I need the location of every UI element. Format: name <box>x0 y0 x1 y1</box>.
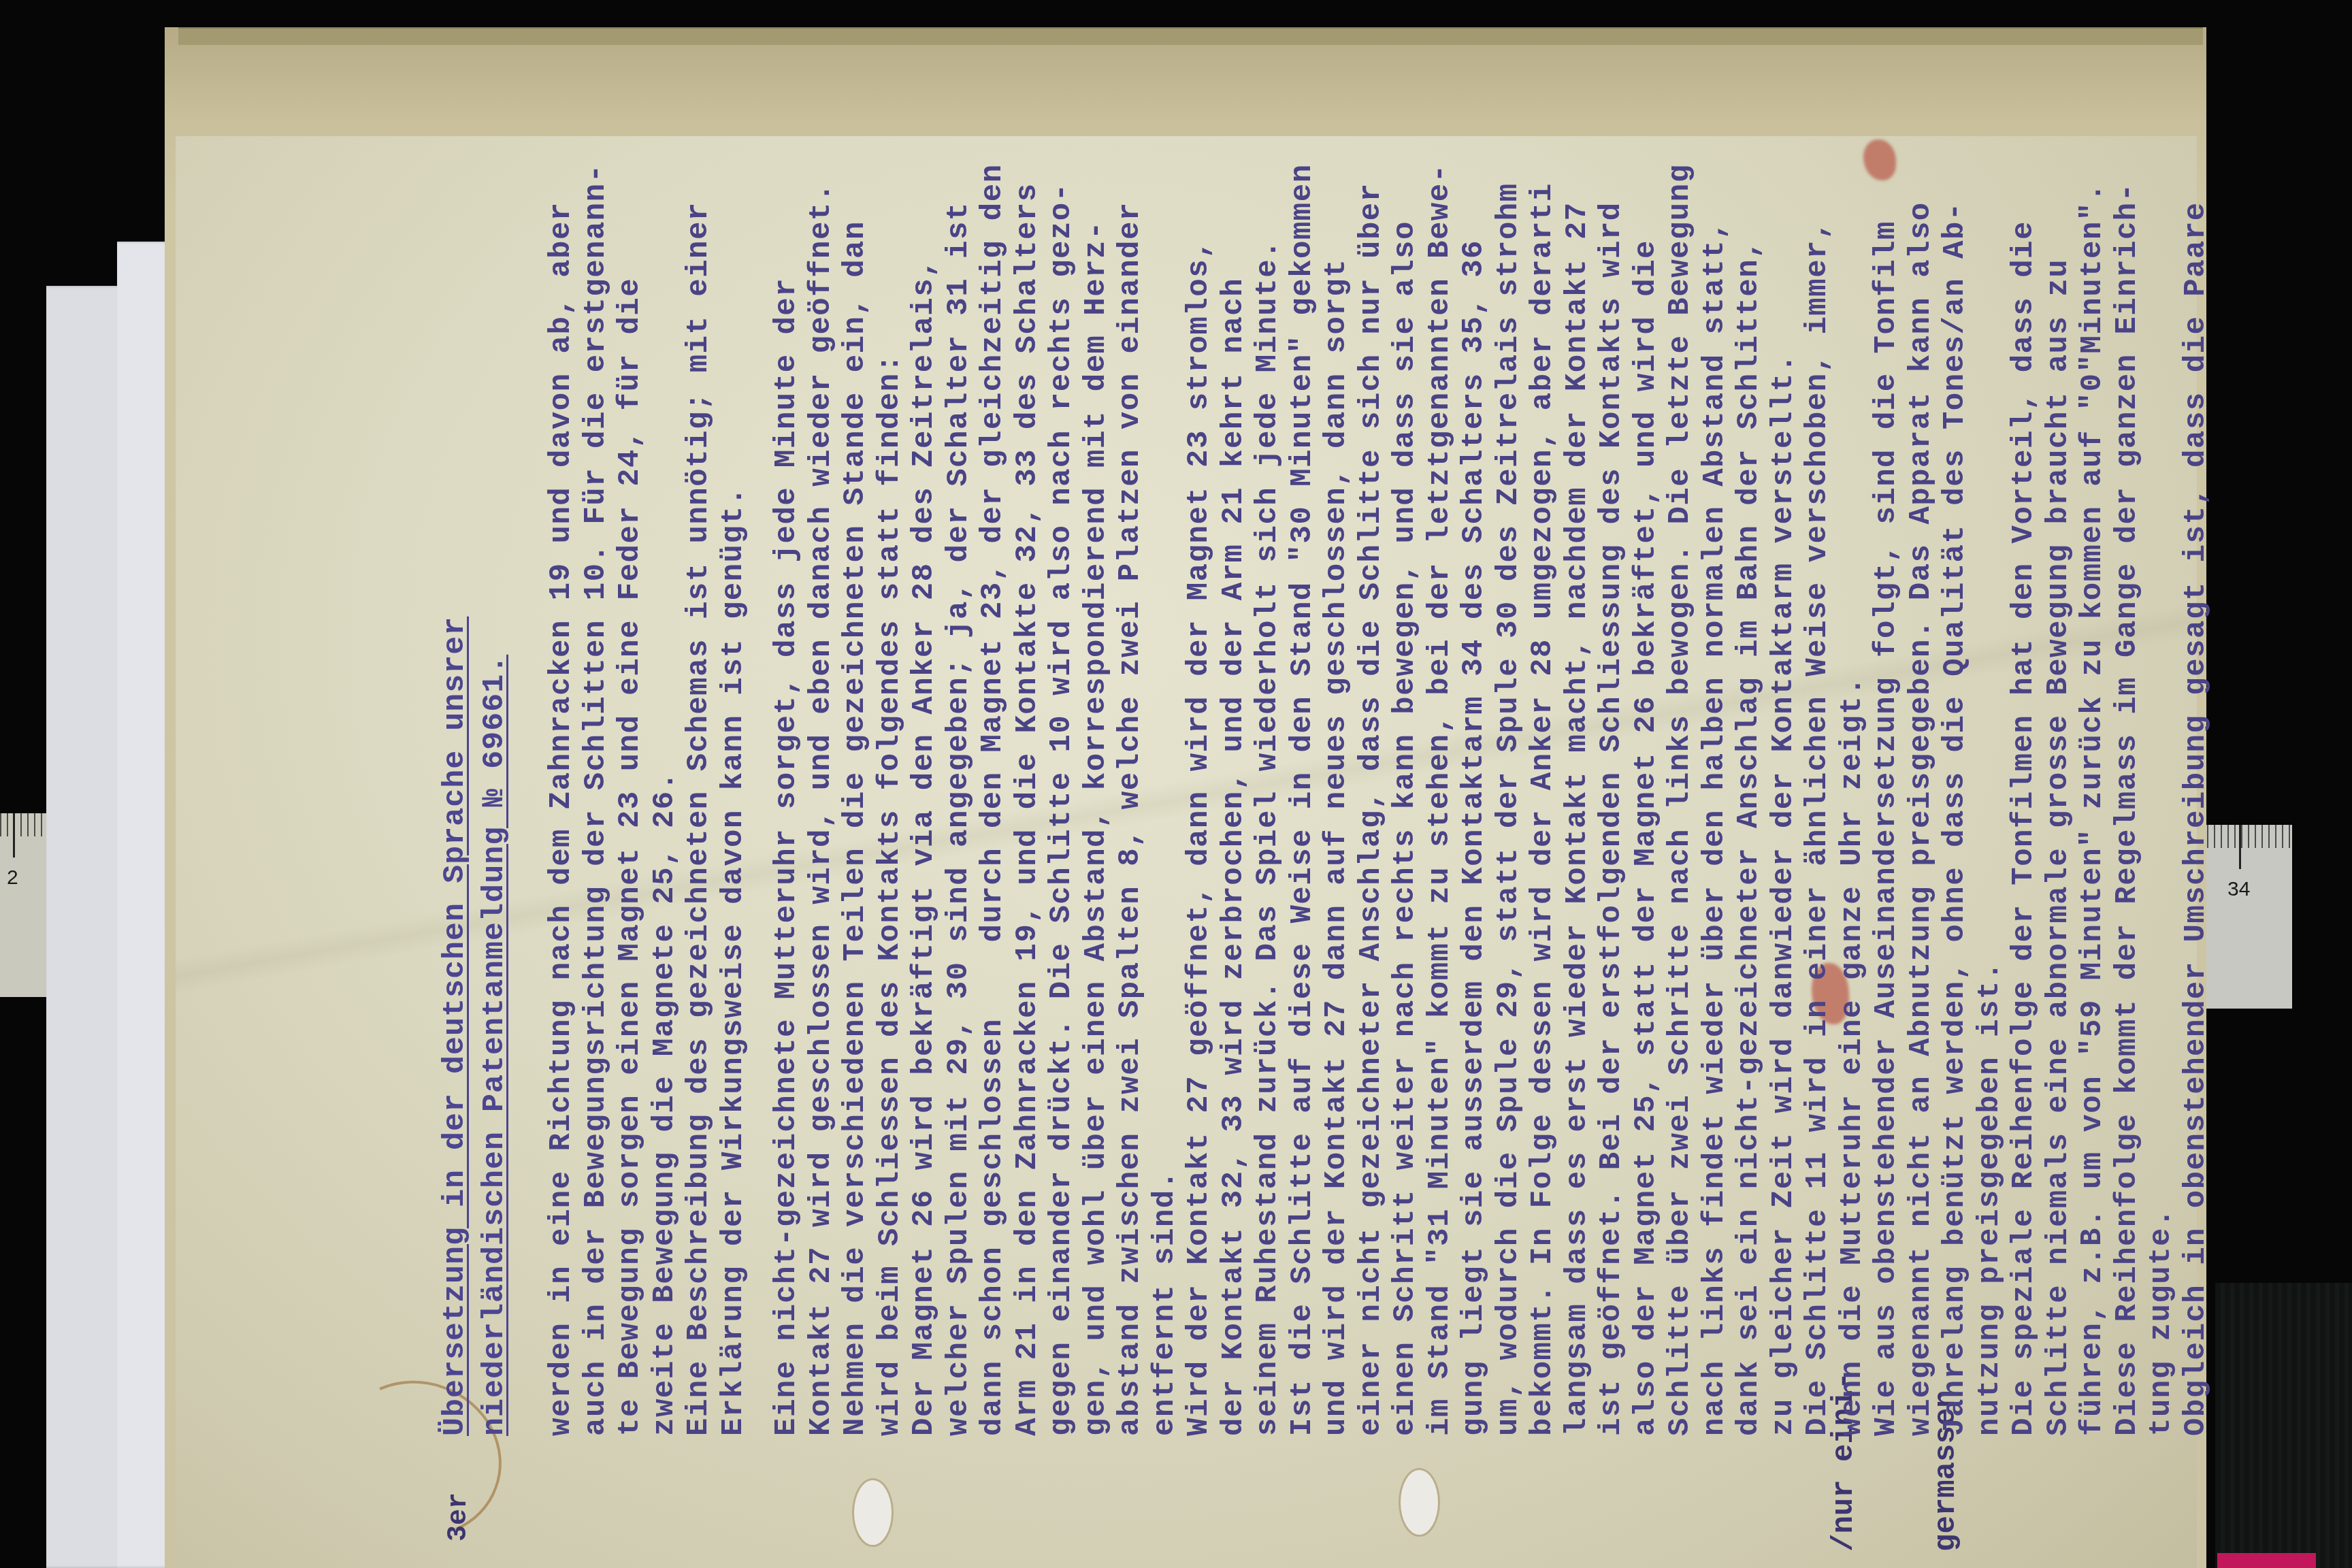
body-line: nutzung preisgegeben ist. <box>1973 163 2008 1436</box>
body-line: Erklärung der Wirkungsweise davon kann i… <box>717 163 751 1436</box>
body-line: Der Magnet 26 wird bekräftigt via den An… <box>907 163 942 1436</box>
body-line: Obgleich in obenstehender Umschreibung g… <box>2179 163 2214 1436</box>
body-line: im Stand "31 Minuten" kommt zu stehen, b… <box>1423 163 1458 1436</box>
body-line: te Bewegung sorgen einen Magnet 23 und e… <box>613 163 648 1436</box>
body-line: ist geöffnet. Bei der erstfolgenden Schl… <box>1595 163 1629 1436</box>
body-line: Nehmen die verschiedenen Teilen die geze… <box>838 163 873 1436</box>
scale-ruler-right: 34 <box>2200 825 2292 1009</box>
body-line: abstand zwischen zwei Spalten 8, welche … <box>1113 163 1148 1436</box>
page-marker: 3er <box>444 1492 474 1541</box>
body-line: gen, und wohl über einen Abstand, korres… <box>1079 163 1114 1436</box>
body-line: nach links findet wieder über den halben… <box>1698 163 1733 1436</box>
body-line: gegen einander drückt. Die Schlitte 10 w… <box>1045 163 1079 1436</box>
body-line: der Kontakt 32, 33 wird zerbrochen, und … <box>1217 163 1252 1436</box>
body-line: Wie aus obenstehender Auseinandersetzung… <box>1869 163 1904 1436</box>
torn-top-edge <box>178 27 2203 45</box>
ruler-label: 34 <box>2227 878 2250 901</box>
document-title: Übersetzung in der deutschen Sprache uns… <box>436 617 514 1436</box>
body-line: wenn die Mutteruhr eine ganze Uhr zeigt. <box>1835 163 1870 1436</box>
pink-tab <box>2217 1553 2316 1568</box>
body-line: Schlitte niemals eine abnormale grosse B… <box>2042 163 2076 1436</box>
ruler-label: 2 <box>7 866 18 889</box>
body-line: Eine nicht-gezeichnete Mutteruhr sorget,… <box>770 163 804 1436</box>
body-line: dank sei ein nicht-gezeichneter Anschlag… <box>1732 163 1767 1436</box>
body-line: werden in eine Richtung nach dem Zahnrac… <box>544 163 579 1436</box>
ruler-major-tick <box>2239 825 2241 869</box>
body-line: wird beim Schliessen des Kontakts folgen… <box>873 163 908 1436</box>
body-line: Schlitte über zwei Schritte nach links b… <box>1663 163 1698 1436</box>
body-line: langsam dass es erst wieder Kontakt mach… <box>1561 163 1595 1436</box>
body-line: Wird der Kontakt 27 geöffnet, dann wird … <box>1182 163 1217 1436</box>
body-line: seinem Ruhestand zurück. Das Spiel wiede… <box>1251 163 1286 1436</box>
body-line <box>751 163 770 1436</box>
body-line: Die Schlitte 11 wird in einer ähnlichen … <box>1801 163 1835 1436</box>
body-line: Ist die Schlitte auf diese Weise in den … <box>1286 163 1320 1436</box>
body-line: und wird der Kontakt 27 dann auf neues g… <box>1320 163 1354 1436</box>
ruler-ticks <box>0 813 46 836</box>
backing-sheet-outer <box>46 286 128 1568</box>
body-line: Die speziale Reihenfolge der Tonfilmen h… <box>2007 163 2042 1436</box>
body-line: gung liegt sie ausserdem den Kontaktarm … <box>1457 163 1492 1436</box>
body-line: dann schon geschlossen durch den Magnet … <box>976 163 1011 1436</box>
body-line: Kontakt 27 wird geschlossen wird, und eb… <box>804 163 839 1436</box>
body-line: führen, z.B. um von "59 Minuten" zurück … <box>2076 163 2110 1436</box>
body-line: Arm 21 in den Zahnracken 19, und die Kon… <box>1011 163 1045 1436</box>
body-line: zweite Bewegung die Magnete 25, 26. <box>648 163 683 1436</box>
body-line: tung zugute. <box>2144 163 2179 1436</box>
body-line: einen Schritt weiter nach rechts kann be… <box>1388 163 1423 1436</box>
ruler-major-tick <box>13 813 15 857</box>
body-line: bekommt. In Folge dessen wird der Anker … <box>1526 163 1561 1436</box>
body-line: auch in der Bewegungsrichtung der Schlit… <box>579 163 614 1436</box>
body-line: also der Magnet 25, statt der Magnet 26 … <box>1629 163 1664 1436</box>
typewritten-content: Übersetzung in der deutschen Sprache uns… <box>436 143 2035 1436</box>
body-line: zu gleicher Zeit wird danwieder der Kont… <box>1767 163 1801 1436</box>
body-line: entfernt sind. <box>1148 163 1183 1436</box>
title-line-1: Übersetzung in der deutschen Sprache uns… <box>436 617 475 1436</box>
document-body: werden in eine Richtung nach dem Zahnrac… <box>544 163 2213 1436</box>
ruler-ticks <box>2200 825 2292 848</box>
body-line: wiegenannt nicht an Abnutzung preisgegeb… <box>1904 163 1939 1436</box>
body-line: Diese Reihenfolge kommt der Regelmass im… <box>2110 163 2145 1436</box>
body-line: einer nicht gezeichneter Anschlag, dass … <box>1354 163 1389 1436</box>
black-binder-stack <box>2215 1283 2352 1568</box>
body-line: Jahrelang benützt werden, ohne dass die … <box>1938 163 1973 1436</box>
body-line: um, wodurch die Spule 29, statt der Spul… <box>1492 163 1526 1436</box>
body-line: Eine Beschreibung des gezeichneten Schem… <box>682 163 717 1436</box>
title-line-2: niederländischen Patentanmeldung № 69661… <box>475 617 514 1436</box>
punch-hole <box>1401 1470 1438 1535</box>
body-line: welcher Spulen mit 29, 30 sind angegeben… <box>942 163 977 1436</box>
scale-ruler-left: 2 <box>0 813 46 997</box>
punch-hole <box>854 1480 892 1545</box>
photo-scene: 2 34 3er /nur eini- germassen Übersetzun… <box>0 0 2352 1568</box>
